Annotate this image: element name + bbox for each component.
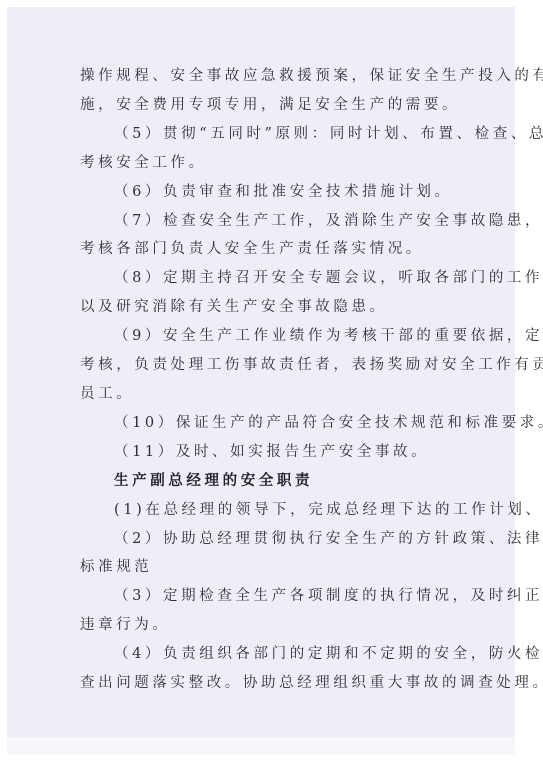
text-line: (1)在总经理的领导下，完成总经理下达的工作计划、任务；: [80, 496, 470, 525]
text-line: 操作规程、安全事故应急救援预案，保证安全生产投入的有效实: [80, 62, 470, 91]
text-line: 考核各部门负责人安全生产责任落实情况。: [80, 235, 470, 264]
text-line: （3）定期检查全生产各项制度的执行情况，及时纠正失职和: [80, 582, 470, 611]
document-body: 操作规程、安全事故应急救援预案，保证安全生产投入的有效实 施，安全费用专项专用，…: [80, 62, 470, 698]
text-line: （11）及时、如实报告生产安全事故。: [80, 438, 470, 467]
text-line: （2）协助总经理贯彻执行安全生产的方针政策、法律法规、: [80, 525, 470, 554]
page-bottom-edge: [7, 737, 515, 755]
text-line: 标准规范: [80, 553, 470, 582]
text-line: （9）安全生产工作业绩作为考核干部的重要依据，定期进行: [80, 322, 470, 351]
text-line: 员工。: [80, 380, 470, 409]
text-line: （5）贯彻“五同时”原则：同时计划、布置、检查、总结、: [80, 120, 470, 149]
text-line: （6）负责审查和批准安全技术措施计划。: [80, 178, 470, 207]
text-line: 以及研究消除有关生产安全事故隐患。: [80, 293, 470, 322]
text-line: 违章行为。: [80, 611, 470, 640]
text-line: （10）保证生产的产品符合安全技术规范和标准要求。: [80, 409, 470, 438]
text-line: 考核，负责处理工伤事故责任者，表扬奖励对安全工作有贡献的: [80, 351, 470, 380]
text-line: 施，安全费用专项专用，满足安全生产的需要。: [80, 91, 470, 120]
text-line: （8）定期主持召开安全专题会议，听取各部门的工作汇报，: [80, 264, 470, 293]
text-line: 考核安全工作。: [80, 149, 470, 178]
text-line: （7）检查安全生产工作，及消除生产安全事故隐患，检查并: [80, 207, 470, 236]
text-line: （4）负责组织各部门的定期和不定期的安全，防火检查、对: [80, 640, 470, 669]
text-line: 查出问题落实整改。协助总经理组织重大事故的调查处理。: [80, 669, 470, 698]
section-heading: 生产副总经理的安全职责: [80, 467, 470, 496]
